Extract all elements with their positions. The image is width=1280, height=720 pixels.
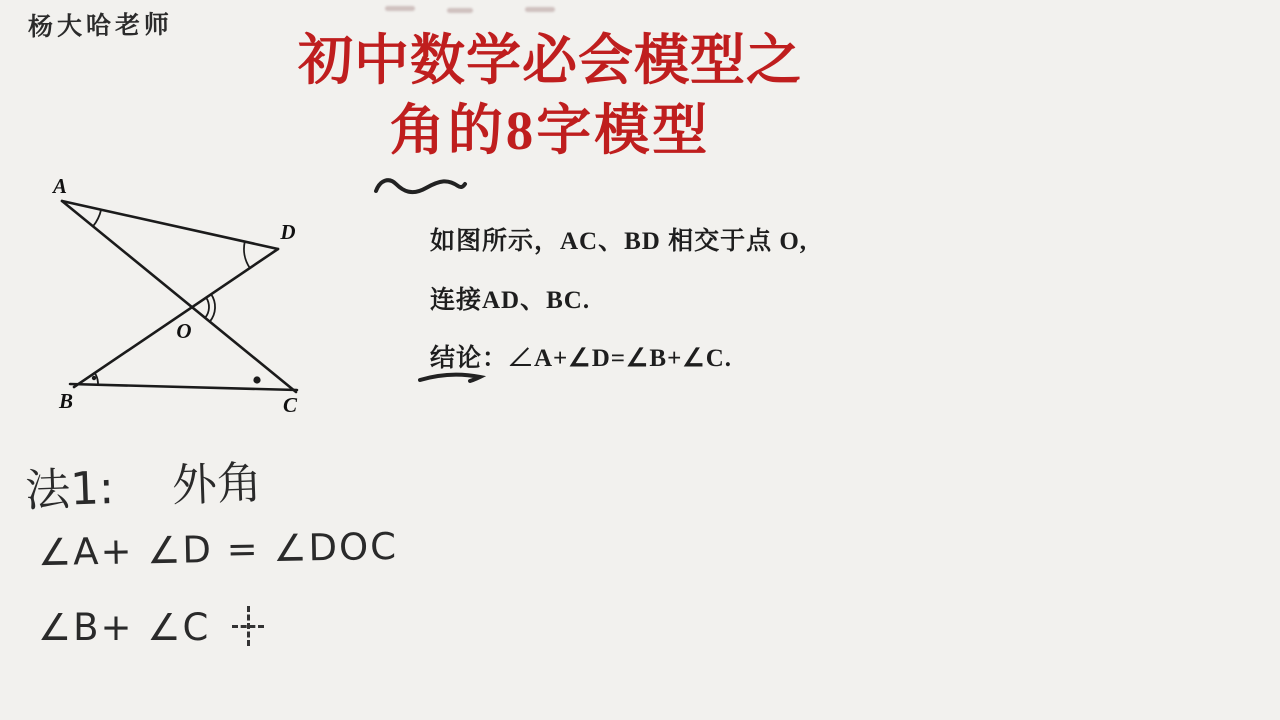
handwritten-equation-2: ∠B+ ∠C — [38, 606, 264, 649]
angle-dot-B — [92, 376, 96, 380]
vertex-label-O: O — [176, 319, 191, 343]
teacher-watermark: 杨大哈老师 — [28, 5, 174, 44]
method-number: 法1: — [24, 451, 115, 519]
vertex-label-C: C — [283, 393, 298, 417]
lesson-slide: 杨大哈老师 初中数学必会模型之 角的8字模型 如图所示，AC、BD 相交于点 O… — [0, 0, 1280, 720]
underline-stroke-icon — [418, 370, 488, 386]
segment-BD — [74, 249, 278, 387]
top-edge-smudge — [447, 8, 473, 13]
equation-2-text: ∠B+ ∠C — [38, 606, 210, 649]
vertex-label-D: D — [279, 220, 295, 244]
segment-BC — [70, 384, 297, 390]
angle-dot-C — [253, 376, 260, 383]
segment-AC — [62, 201, 296, 392]
problem-statement-line-1: 如图所示，AC、BD 相交于点 O, — [430, 221, 807, 257]
top-edge-smudge — [525, 7, 555, 12]
conclusion-line: 结论：∠A+∠D=∠B+∠C. — [430, 338, 732, 374]
angle-arc-O-inner — [205, 298, 209, 318]
page-title: 初中数学必会模型之 角的8字模型 — [285, 32, 815, 160]
method-name: 外角 — [171, 446, 263, 514]
wavy-underline-icon — [372, 174, 468, 200]
geometry-figure: A D O B C — [20, 150, 340, 430]
title-line-1: 初中数学必会模型之 — [285, 32, 815, 90]
angle-arc-D — [244, 242, 250, 269]
vertex-label-A: A — [51, 174, 67, 198]
top-edge-smudge — [385, 6, 415, 11]
handwritten-method-title: 法1: 外角 — [24, 446, 263, 519]
dashed-cross-icon — [232, 606, 264, 646]
angle-arc-A — [93, 210, 101, 227]
problem-statement-line-2: 连接AD、BC. — [430, 280, 590, 316]
handwritten-equation-1: ∠A+ ∠D = ∠DOC — [38, 525, 399, 574]
angle-arc-O-outer — [210, 294, 215, 321]
title-line-2: 角的8字模型 — [285, 102, 815, 160]
vertex-label-B: B — [58, 389, 73, 413]
